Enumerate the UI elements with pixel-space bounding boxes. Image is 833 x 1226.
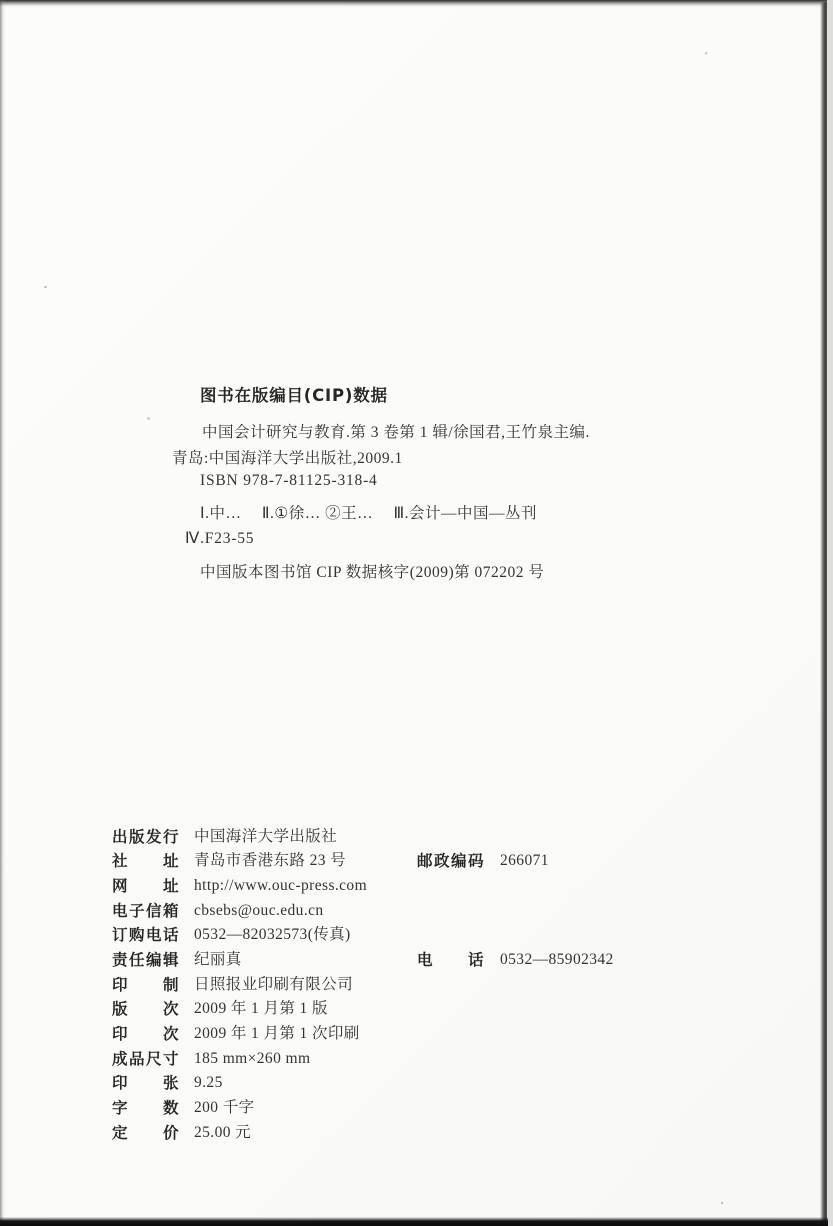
- cip-classification-code: Ⅳ.F23-55: [185, 529, 254, 549]
- dust-speck: [147, 417, 150, 420]
- colophon-row-editor: 责任编辑纪丽真 电 话0532—85902342: [88, 923, 788, 948]
- colophon-row-order-phone: 订购电话0532—82032573(传真): [88, 899, 788, 924]
- cip-block: 图书在版编目(CIP)数据 中国会计研究与教育.第 3 卷第 1 辑/徐国君,王…: [172, 382, 672, 562]
- dust-speck: [721, 1202, 723, 1204]
- colophon-value: 25.00 元: [194, 1124, 251, 1141]
- colophon-row-trim-size: 成品尺寸185 mm×260 mm: [88, 1022, 788, 1047]
- colophon-block: 出版发行中国海洋大学出版社 社 址青岛市香港东路 23 号 邮政编码266071…: [88, 800, 788, 1121]
- colophon-row-price: 定 价25.00 元: [88, 1096, 788, 1121]
- cip-heading: 图书在版编目(CIP)数据: [200, 386, 388, 406]
- cip-title-line: 中国会计研究与教育.第 3 卷第 1 辑/徐国君,王竹泉主编.: [202, 423, 590, 443]
- dust-speck: [44, 286, 47, 288]
- scan-edge-left: [0, 0, 5, 1226]
- colophon-row-printer: 印 制日照报业印刷有限公司: [88, 948, 788, 973]
- colophon-label: 定 价: [112, 1121, 182, 1146]
- scan-edge-top: [0, 0, 833, 8]
- cip-publisher-line: 青岛:中国海洋大学出版社,2009.1: [172, 449, 403, 469]
- colophon-row-edition: 版 次2009 年 1 月第 1 版: [88, 973, 788, 998]
- colophon-row-publisher: 出版发行中国海洋大学出版社: [88, 800, 788, 825]
- cip-classification-line: Ⅰ.中… Ⅱ.①徐… ②王… Ⅲ.会计—中国—丛刊: [200, 504, 537, 524]
- colophon-row-impression: 印 次2009 年 1 月第 1 次印刷: [88, 997, 788, 1022]
- scan-edge-bottom: [0, 1217, 828, 1226]
- scan-speck-mark: ′: [703, 50, 709, 64]
- colophon-row-sheets: 印 张9.25: [88, 1047, 788, 1072]
- scan-edge-right-line: [820, 2, 827, 1222]
- cip-isbn-line: ISBN 978-7-81125-318-4: [200, 471, 378, 491]
- scan-edge-right-outer: [827, 0, 833, 1226]
- scanned-page: 图书在版编目(CIP)数据 中国会计研究与教育.第 3 卷第 1 辑/徐国君,王…: [0, 0, 833, 1226]
- colophon-row-address: 社 址青岛市香港东路 23 号 邮政编码266071: [88, 825, 788, 850]
- colophon-row-website: 网 址http://www.ouc-press.com: [88, 849, 788, 874]
- colophon-row-email: 电子信箱cbsebs@ouc.edu.cn: [88, 874, 788, 899]
- cip-record-number: 中国版本图书馆 CIP 数据核字(2009)第 072202 号: [200, 563, 544, 583]
- colophon-row-word-count: 字 数200 千字: [88, 1071, 788, 1096]
